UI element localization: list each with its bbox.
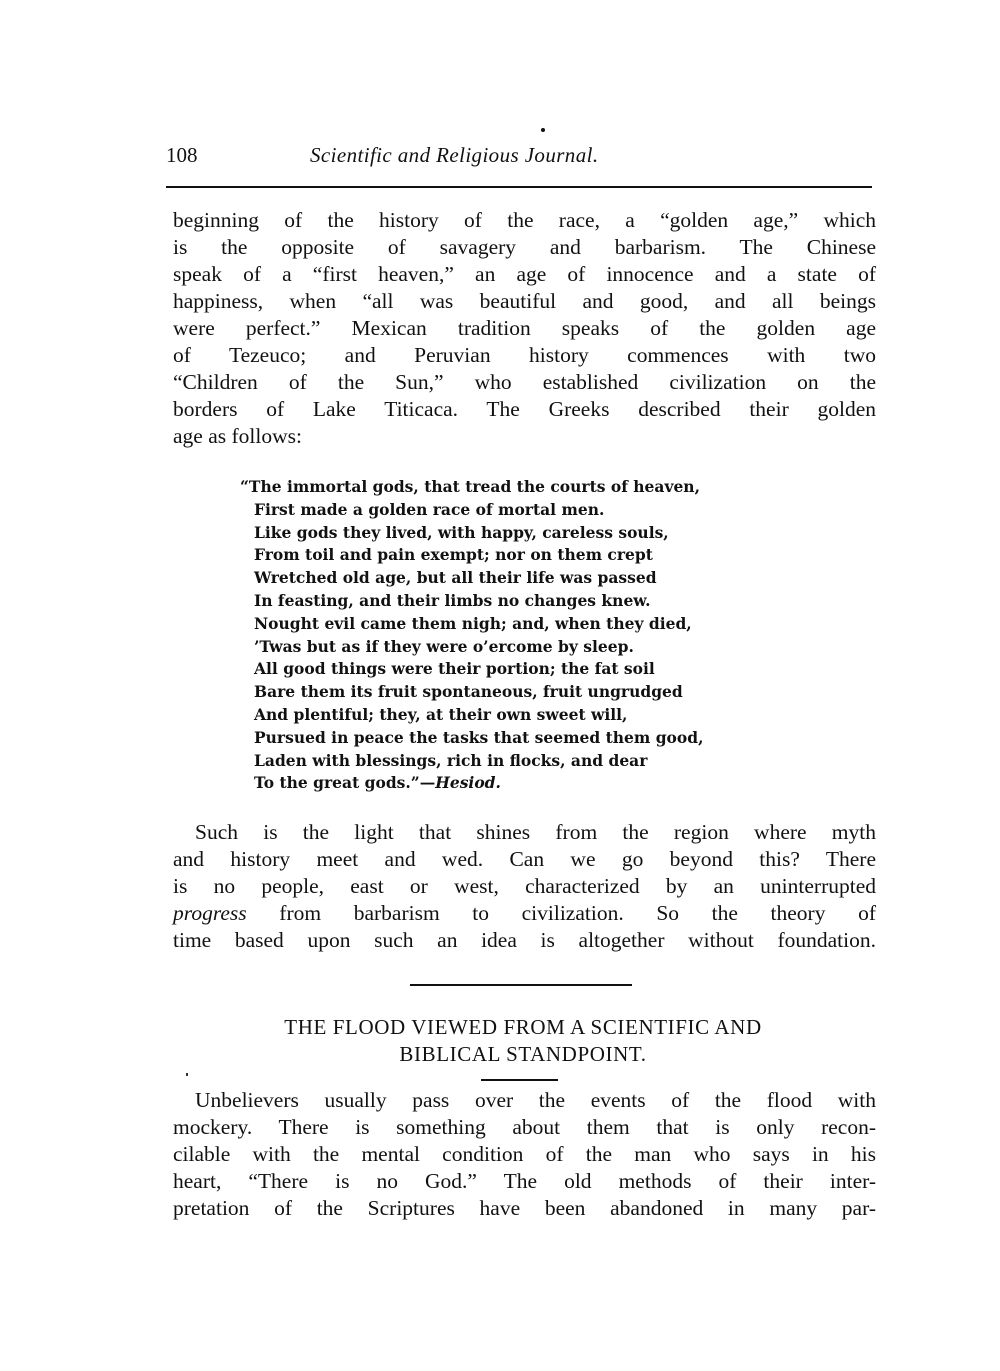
- verse-line: “The immortal gods, that tread the court…: [240, 476, 800, 499]
- verse-line: ’Twas but as if they were o’ercome by sl…: [240, 636, 800, 659]
- text-line: speak of a “first heaven,” an age of inn…: [173, 261, 876, 288]
- text-line: age as follows:: [173, 423, 876, 450]
- print-speck: [186, 1073, 188, 1076]
- heading-line: THE FLOOD VIEWED FROM A SCIENTIFIC AND: [166, 1014, 880, 1041]
- verse-line: Nought evil came them nigh; and, when th…: [240, 613, 800, 636]
- header-rule: [166, 186, 872, 188]
- attribution: Hesiod.: [435, 773, 501, 792]
- text-line: time based upon such an idea is altogeth…: [173, 927, 876, 954]
- running-header: 108 Scientific and Religious Journal.: [166, 143, 872, 171]
- text-line: beginning of the history of the race, a …: [173, 207, 876, 234]
- page-number: 108: [166, 143, 198, 168]
- journal-title: Scientific and Religious Journal.: [310, 143, 599, 168]
- verse-line: In feasting, and their limbs no changes …: [240, 590, 800, 613]
- text-line: happiness, when “all was beautiful and g…: [173, 288, 876, 315]
- verse-line: And plentiful; they, at their own sweet …: [240, 704, 800, 727]
- verse-line: Like gods they lived, with happy, carele…: [240, 522, 800, 545]
- heading-rule: [481, 1079, 558, 1081]
- text-line: borders of Lake Titicaca. The Greeks des…: [173, 396, 876, 423]
- section-heading: THE FLOOD VIEWED FROM A SCIENTIFIC AND B…: [166, 1014, 880, 1068]
- verse-line: First made a golden race of mortal men.: [240, 499, 800, 522]
- text-line: pretation of the Scriptures have been ab…: [173, 1195, 876, 1222]
- verse-line: From toil and pain exempt; nor on them c…: [240, 544, 800, 567]
- italic-word: progress: [173, 901, 247, 925]
- hesiod-quotation: “The immortal gods, that tread the court…: [240, 476, 800, 795]
- paragraph-flood: Unbelievers usually pass over the events…: [173, 1087, 876, 1222]
- text-line: heart, “There is no God.” The old method…: [173, 1168, 876, 1195]
- verse-line-final: To the great gods.”—Hesiod.: [240, 772, 800, 795]
- text-line: is the opposite of savagery and barbaris…: [173, 234, 876, 261]
- paragraph-myth-history: Such is the light that shines from the r…: [173, 819, 876, 954]
- text-line: “Children of the Sun,” who established c…: [173, 369, 876, 396]
- text-line: Unbelievers usually pass over the events…: [173, 1087, 876, 1114]
- paragraph-golden-age: beginning of the history of the race, a …: [173, 207, 876, 450]
- text-span: from barbarism to civilization. So the t…: [247, 901, 876, 925]
- verse-line: Pursued in peace the tasks that seemed t…: [240, 727, 800, 750]
- section-divider: [410, 984, 632, 986]
- text-line-mixed: progress from barbarism to civilization.…: [173, 900, 876, 927]
- text-line: and history meet and wed. Can we go beyo…: [173, 846, 876, 873]
- text-line: Such is the light that shines from the r…: [173, 819, 876, 846]
- verse-line: Bare them its fruit spontaneous, fruit u…: [240, 681, 800, 704]
- verse-text: To the great gods.”—: [254, 773, 435, 792]
- text-line: is no people, east or west, characterize…: [173, 873, 876, 900]
- verse-line: All good things were their portion; the …: [240, 658, 800, 681]
- text-line: of Tezeuco; and Peruvian history commenc…: [173, 342, 876, 369]
- document-page: 108 Scientific and Religious Journal. be…: [0, 0, 1000, 1371]
- heading-line: BIBLICAL STANDPOINT.: [166, 1041, 880, 1068]
- printer-mark-dot: [541, 128, 545, 132]
- text-line: cilable with the mental condition of the…: [173, 1141, 876, 1168]
- text-line: mockery. There is something about them t…: [173, 1114, 876, 1141]
- verse-line: Wretched old age, but all their life was…: [240, 567, 800, 590]
- text-line: were perfect.” Mexican tradition speaks …: [173, 315, 876, 342]
- verse-line: Laden with blessings, rich in flocks, an…: [240, 750, 800, 773]
